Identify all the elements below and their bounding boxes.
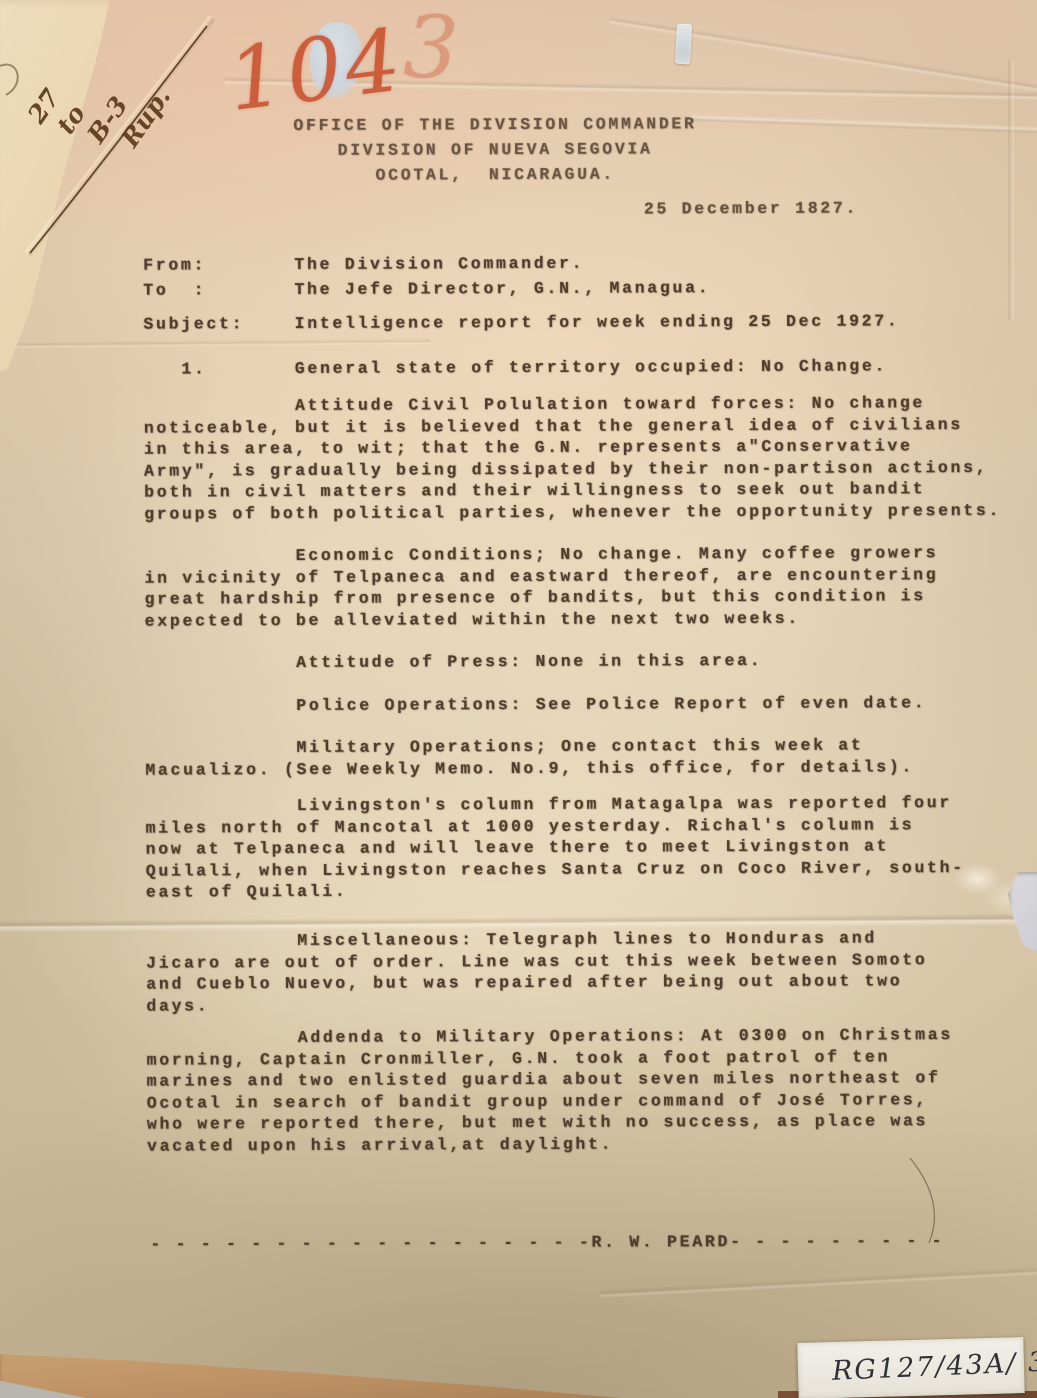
paragraph-addenda: Addenda to Military Operations: At 0300 …: [146, 1024, 953, 1157]
paragraph-police-operations: Police Operations: See Police Report of …: [145, 692, 926, 717]
paragraph-miscellaneous: Miscellaneous: Telegraph lines to Hondur…: [146, 927, 928, 1016]
paragraph-livingston-column: Livingston's column from Matagalpa was r…: [145, 792, 965, 903]
date-line: 25 December 1827.: [644, 198, 858, 220]
typed-content: OFFICE OF THE DIVISION COMMANDER DIVISIO…: [0, 0, 1037, 1398]
archival-label-text: RG127/43A/ 3: [831, 1347, 1037, 1387]
archival-label: RG127/43A/ 3: [797, 1337, 1024, 1398]
signature-line: - - - - - - - - - - - - - - - - - -R. W.…: [150, 1230, 944, 1255]
paragraph-attitude-civil: Attitude Civil Polulation toward forces:…: [144, 392, 1001, 525]
scanned-document-photo: { "document": { "letterhead": "OFFICE OF…: [0, 0, 1037, 1398]
subject-line: Subject: Intelligence report for week en…: [143, 310, 899, 335]
numbered-item-1: 1. General state of territory occupied: …: [144, 355, 888, 380]
paragraph-attitude-of-press: Attitude of Press: None in this area.: [145, 650, 763, 674]
paragraph-military-operations: Military Operations; One contact this we…: [145, 734, 914, 780]
letterhead: OFFICE OF THE DIVISION COMMANDER DIVISIO…: [147, 111, 842, 189]
address-block: From: The Division Commander. To : The J…: [143, 250, 710, 302]
paragraph-economic-conditions: Economic Conditions; No change. Many cof…: [144, 542, 938, 631]
